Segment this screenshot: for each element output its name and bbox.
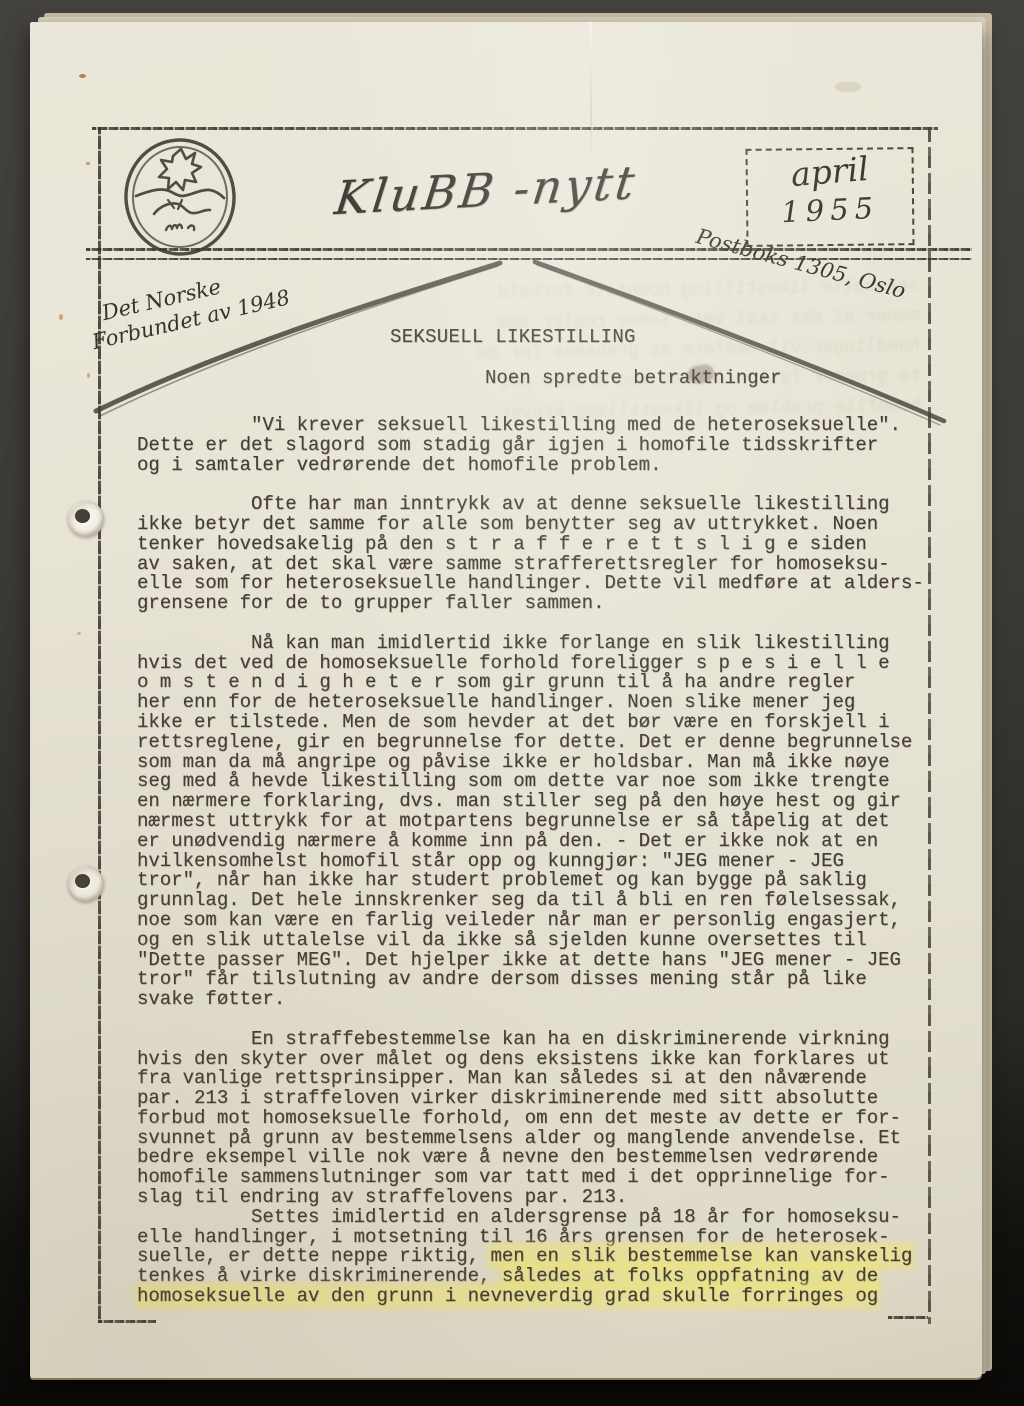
- handshake-emblem-icon: [118, 134, 242, 260]
- org-name-handwritten: Det Norske Forbundet av 1948: [99, 245, 354, 352]
- issue-year: 1955: [747, 189, 912, 230]
- article-subtitle-text: Noen spredte betraktninger: [485, 367, 781, 389]
- highlighted-text: således at folks oppfatning av de: [502, 1265, 878, 1287]
- highlighted-text: homoseksuelle av den grunn i nevneverdig…: [137, 1285, 878, 1307]
- body-text: "Vi krever seksuell likestilling med de …: [137, 416, 947, 1307]
- issue-date-box: april 1955: [745, 147, 914, 247]
- punch-hole: [68, 501, 104, 537]
- frame-bottom-right-dash: [888, 1316, 928, 1319]
- ink-bleed-ghost: seksuelle likestilling homofile forhold …: [279, 271, 922, 432]
- article-title: SEKSUELL LIKESTILLING: [390, 326, 636, 348]
- scanned-page: seksuelle likestilling homofile forhold …: [30, 22, 982, 1378]
- article-subtitle: Noen spredte betraktninger: [485, 367, 781, 389]
- punch-hole: [68, 866, 104, 902]
- paper-crease: [590, 22, 592, 157]
- frame-top-rule: [92, 127, 938, 130]
- frame-bottom-left-corner: [98, 1320, 156, 1323]
- newsletter-title: KluBB -nytt: [332, 149, 758, 225]
